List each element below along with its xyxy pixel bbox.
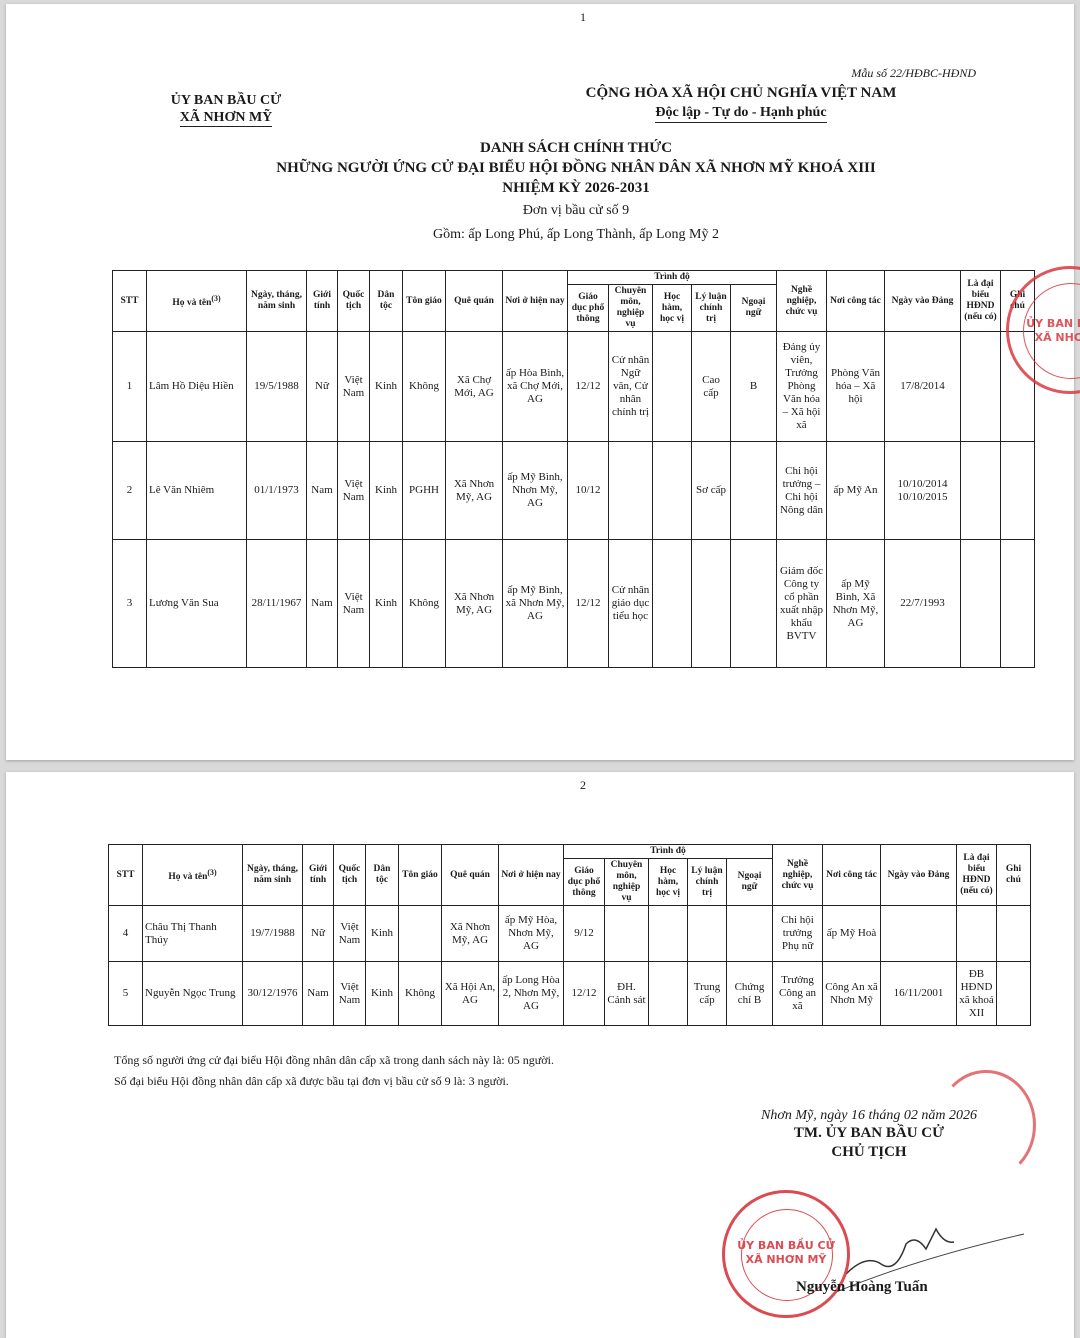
cell-academic xyxy=(653,442,692,540)
nation-name: CỘNG HÒA XÃ HỘI CHỦ NGHĨA VIỆT NAM xyxy=(566,84,916,103)
cell-note xyxy=(997,962,1031,1026)
col-gender: Giới tính xyxy=(307,271,338,332)
cell-occupation: Giám đốc Công ty cổ phần xuất nhập khẩu … xyxy=(777,540,827,668)
cell-hometown: Xã Chợ Mới, AG xyxy=(446,332,503,442)
cell-occupation: Chi hội trưởng – Chi hội Nông dân xyxy=(777,442,827,540)
cell-party-date: 17/8/2014 xyxy=(885,332,961,442)
title-line-3: NHIỆM KỲ 2026-2031 xyxy=(116,178,1036,198)
agency-line-2: XÃ NHƠN MỸ xyxy=(180,109,273,127)
seal-text-2: XÃ NHƠN MỸ xyxy=(725,1253,847,1267)
cell-religion xyxy=(399,906,442,962)
cell-workplace: ấp Mỹ Bình, Xã Nhơn Mỹ, AG xyxy=(827,540,885,668)
cell-delegate xyxy=(961,540,1001,668)
cell-party-date xyxy=(881,906,957,962)
cell-delegate xyxy=(961,442,1001,540)
cell-nationality: Việt Nam xyxy=(338,442,370,540)
cell-stt: 5 xyxy=(109,962,143,1026)
col-religion: Tôn giáo xyxy=(403,271,446,332)
col-delegate: Là đại biểu HĐND (nếu có) xyxy=(957,845,997,906)
table-row: 3Lương Văn Sua28/11/1967NamViệt NamKinhK… xyxy=(113,540,1035,668)
seats-line: Số đại biểu Hội đồng nhân dân cấp xã đượ… xyxy=(114,1071,554,1092)
col-workplace: Nơi công tác xyxy=(827,271,885,332)
cell-general-edu: 12/12 xyxy=(564,962,605,1026)
col-general-edu: Giáo dục phổ thông xyxy=(568,285,609,332)
cell-residence: ấp Mỹ Bình, xã Nhơn Mỹ, AG xyxy=(503,540,568,668)
col-education-group: Trình độ xyxy=(564,845,773,859)
cell-note xyxy=(1001,442,1035,540)
cell-hometown: Xã Nhơn Mỹ, AG xyxy=(446,442,503,540)
cell-stt: 4 xyxy=(109,906,143,962)
col-political: Lý luận chính trị xyxy=(692,285,731,332)
cell-specialty: Cử nhân Ngữ văn, Cử nhân chính trị xyxy=(609,332,653,442)
cell-political: Cao cấp xyxy=(692,332,731,442)
cell-note xyxy=(997,906,1031,962)
cell-gender: Nam xyxy=(307,442,338,540)
partial-seal-stamp xyxy=(936,1070,1036,1180)
cell-name: Nguyễn Ngọc Trung xyxy=(143,962,243,1026)
official-seal-stamp: ỦY BAN BẦU CỬXÃ NHƠN MỸ xyxy=(722,1190,850,1318)
cell-political xyxy=(688,906,727,962)
col-hometown: Quê quán xyxy=(446,271,503,332)
cell-delegate xyxy=(961,332,1001,442)
cell-religion: Không xyxy=(403,332,446,442)
cell-religion: PGHH xyxy=(403,442,446,540)
seal-text-1: ỦY BAN BẦU CỬ xyxy=(1019,317,1080,331)
issuing-agency: ỦY BAN BẦU CỬ XÃ NHƠN MỸ xyxy=(156,92,296,127)
cell-specialty xyxy=(609,442,653,540)
col-gender: Giới tính xyxy=(303,845,334,906)
cell-gender: Nam xyxy=(307,540,338,668)
page-number: 2 xyxy=(580,778,586,793)
cell-religion: Không xyxy=(399,962,442,1026)
form-code: Mẫu số 22/HĐBC-HĐND xyxy=(851,66,976,81)
cell-academic xyxy=(653,540,692,668)
national-header: CỘNG HÒA XÃ HỘI CHỦ NGHĨA VIỆT NAM Độc l… xyxy=(566,84,916,123)
title-line-2: NHỮNG NGƯỜI ỨNG CỬ ĐẠI BIỂU HỘI ĐỒNG NHÂ… xyxy=(116,158,1036,178)
cell-note xyxy=(1001,540,1035,668)
cell-workplace: Công An xã Nhơn Mỹ xyxy=(823,962,881,1026)
cell-occupation: Chi hội trưởng Phụ nữ xyxy=(773,906,823,962)
candidates-table-page-1: STT Họ và tên(3) Ngày, tháng, năm sinh G… xyxy=(112,270,1035,668)
cell-political: Sơ cấp xyxy=(692,442,731,540)
cell-name: Lương Văn Sua xyxy=(147,540,247,668)
table-row: 2Lê Văn Nhiêm01/1/1973NamViệt NamKinhPGH… xyxy=(113,442,1035,540)
cell-delegate: ĐB HĐND xã khoá XII xyxy=(957,962,997,1026)
table-row: 4Châu Thị Thanh Thúy19/7/1988NữViệt NamK… xyxy=(109,906,1031,962)
col-ethnicity: Dân tộc xyxy=(370,271,403,332)
cell-academic xyxy=(649,962,688,1026)
cell-delegate xyxy=(957,906,997,962)
cell-religion: Không xyxy=(403,540,446,668)
col-name: Họ và tên(3) xyxy=(143,845,243,906)
col-ethnicity: Dân tộc xyxy=(366,845,399,906)
cell-dob: 19/5/1988 xyxy=(247,332,307,442)
cell-dob: 30/12/1976 xyxy=(243,962,303,1026)
signer-name: Nguyễn Hoàng Tuấn xyxy=(796,1279,928,1296)
cell-political xyxy=(692,540,731,668)
col-workplace: Nơi công tác xyxy=(823,845,881,906)
table-row: 5Nguyễn Ngọc Trung30/12/1976NamViệt NamK… xyxy=(109,962,1031,1026)
cell-gender: Nữ xyxy=(307,332,338,442)
col-language: Ngoại ngữ xyxy=(727,859,773,906)
cell-residence: ấp Mỹ Bình, Nhơn Mỹ, AG xyxy=(503,442,568,540)
col-dob: Ngày, tháng, năm sinh xyxy=(243,845,303,906)
cell-ethnicity: Kinh xyxy=(370,332,403,442)
seal-text-2: XÃ NHƠN MỸ xyxy=(1019,331,1080,345)
cell-ethnicity: Kinh xyxy=(370,442,403,540)
cell-dob: 19/7/1988 xyxy=(243,906,303,962)
cell-specialty: Cử nhân giáo dục tiểu học xyxy=(609,540,653,668)
cell-general-edu: 10/12 xyxy=(568,442,609,540)
cell-language xyxy=(731,442,777,540)
col-specialty: Chuyên môn, nghiệp vụ xyxy=(605,859,649,906)
cell-nationality: Việt Nam xyxy=(338,540,370,668)
col-academic: Học hàm, học vị xyxy=(649,859,688,906)
cell-workplace: ấp Mỹ An xyxy=(827,442,885,540)
seal-text-1: ỦY BAN BẦU CỬ xyxy=(725,1239,847,1253)
cell-name: Lâm Hồ Diệu Hiền xyxy=(147,332,247,442)
cell-language xyxy=(731,540,777,668)
cell-political: Trung cấp xyxy=(688,962,727,1026)
col-political: Lý luận chính trị xyxy=(688,859,727,906)
cell-academic xyxy=(653,332,692,442)
summary: Tổng số người ứng cử đại biểu Hội đồng n… xyxy=(114,1050,554,1092)
cell-name: Châu Thị Thanh Thúy xyxy=(143,906,243,962)
col-hometown: Quê quán xyxy=(442,845,499,906)
cell-occupation: Đảng ủy viên, Trưởng Phòng Văn hóa – Xã … xyxy=(777,332,827,442)
cell-specialty: ĐH. Cảnh sát xyxy=(605,962,649,1026)
col-religion: Tôn giáo xyxy=(399,845,442,906)
col-residence: Nơi ở hiện nay xyxy=(499,845,564,906)
col-occupation: Nghề nghiệp, chức vụ xyxy=(777,271,827,332)
cell-occupation: Trưởng Công an xã xyxy=(773,962,823,1026)
col-occupation: Nghề nghiệp, chức vụ xyxy=(773,845,823,906)
cell-residence: ấp Long Hòa 2, Nhơn Mỹ, AG xyxy=(499,962,564,1026)
total-candidates-line: Tổng số người ứng cử đại biểu Hội đồng n… xyxy=(114,1050,554,1071)
table-row: 1Lâm Hồ Diệu Hiền19/5/1988NữViệt NamKinh… xyxy=(113,332,1035,442)
cell-academic xyxy=(649,906,688,962)
col-specialty: Chuyên môn, nghiệp vụ xyxy=(609,285,653,332)
cell-gender: Nữ xyxy=(303,906,334,962)
national-motto: Độc lập - Tự do - Hạnh phúc xyxy=(655,103,826,123)
document-title: DANH SÁCH CHÍNH THỨC NHỮNG NGƯỜI ỨNG CỬ … xyxy=(116,138,1036,246)
col-nationality: Quốc tịch xyxy=(338,271,370,332)
col-nationality: Quốc tịch xyxy=(334,845,366,906)
cell-language xyxy=(727,906,773,962)
cell-hometown: Xã Nhơn Mỹ, AG xyxy=(446,540,503,668)
cell-party-date: 22/7/1993 xyxy=(885,540,961,668)
cell-specialty xyxy=(605,906,649,962)
cell-residence: ấp Hòa Bình, xã Chợ Mới, AG xyxy=(503,332,568,442)
col-language: Ngoại ngữ xyxy=(731,285,777,332)
cell-nationality: Việt Nam xyxy=(338,332,370,442)
cell-stt: 2 xyxy=(113,442,147,540)
cell-residence: ấp Mỹ Hòa, Nhơn Mỹ, AG xyxy=(499,906,564,962)
col-academic: Học hàm, học vị xyxy=(653,285,692,332)
cell-language: B xyxy=(731,332,777,442)
title-line-1: DANH SÁCH CHÍNH THỨC xyxy=(116,138,1036,158)
cell-party-date: 16/11/2001 xyxy=(881,962,957,1026)
cell-stt: 3 xyxy=(113,540,147,668)
cell-nationality: Việt Nam xyxy=(334,906,366,962)
col-general-edu: Giáo dục phổ thông xyxy=(564,859,605,906)
cell-ethnicity: Kinh xyxy=(370,540,403,668)
cell-nationality: Việt Nam xyxy=(334,962,366,1026)
cell-dob: 01/1/1973 xyxy=(247,442,307,540)
document-page-1: 1 Mẫu số 22/HĐBC-HĐND ỦY BAN BẦU CỬ XÃ N… xyxy=(6,4,1074,760)
cell-party-date: 10/10/2014 10/10/2015 xyxy=(885,442,961,540)
cell-ethnicity: Kinh xyxy=(366,962,399,1026)
col-name: Họ và tên(3) xyxy=(147,271,247,332)
page-number: 1 xyxy=(580,10,586,25)
cell-general-edu: 12/12 xyxy=(568,332,609,442)
col-party-date: Ngày vào Đảng xyxy=(885,271,961,332)
cell-workplace: ấp Mỹ Hoà xyxy=(823,906,881,962)
cell-stt: 1 xyxy=(113,332,147,442)
election-unit: Đơn vị bầu cử số 9 xyxy=(116,200,1036,222)
cell-ethnicity: Kinh xyxy=(366,906,399,962)
col-stt: STT xyxy=(113,271,147,332)
cell-dob: 28/11/1967 xyxy=(247,540,307,668)
unit-includes: Gồm: ấp Long Phú, ấp Long Thành, ấp Long… xyxy=(116,224,1036,246)
cell-name: Lê Văn Nhiêm xyxy=(147,442,247,540)
cell-hometown: Xã Hội An, AG xyxy=(442,962,499,1026)
cell-workplace: Phòng Văn hóa – Xã hội xyxy=(827,332,885,442)
agency-line-1: ỦY BAN BẦU CỬ xyxy=(156,92,296,109)
candidates-table-page-2: STT Họ và tên(3) Ngày, tháng, năm sinh G… xyxy=(108,844,1031,1026)
cell-general-edu: 12/12 xyxy=(568,540,609,668)
col-note: Ghi chú xyxy=(997,845,1031,906)
col-party-date: Ngày vào Đảng xyxy=(881,845,957,906)
col-stt: STT xyxy=(109,845,143,906)
cell-general-edu: 9/12 xyxy=(564,906,605,962)
cell-hometown: Xã Nhơn Mỹ, AG xyxy=(442,906,499,962)
col-dob: Ngày, tháng, năm sinh xyxy=(247,271,307,332)
col-residence: Nơi ở hiện nay xyxy=(503,271,568,332)
document-page-2: 2 STT Họ và tên(3) Ngày, tháng, năm sinh… xyxy=(6,772,1074,1338)
cell-gender: Nam xyxy=(303,962,334,1026)
col-education-group: Trình độ xyxy=(568,271,777,285)
col-delegate: Là đại biểu HĐND (nếu có) xyxy=(961,271,1001,332)
cell-language: Chứng chỉ B xyxy=(727,962,773,1026)
